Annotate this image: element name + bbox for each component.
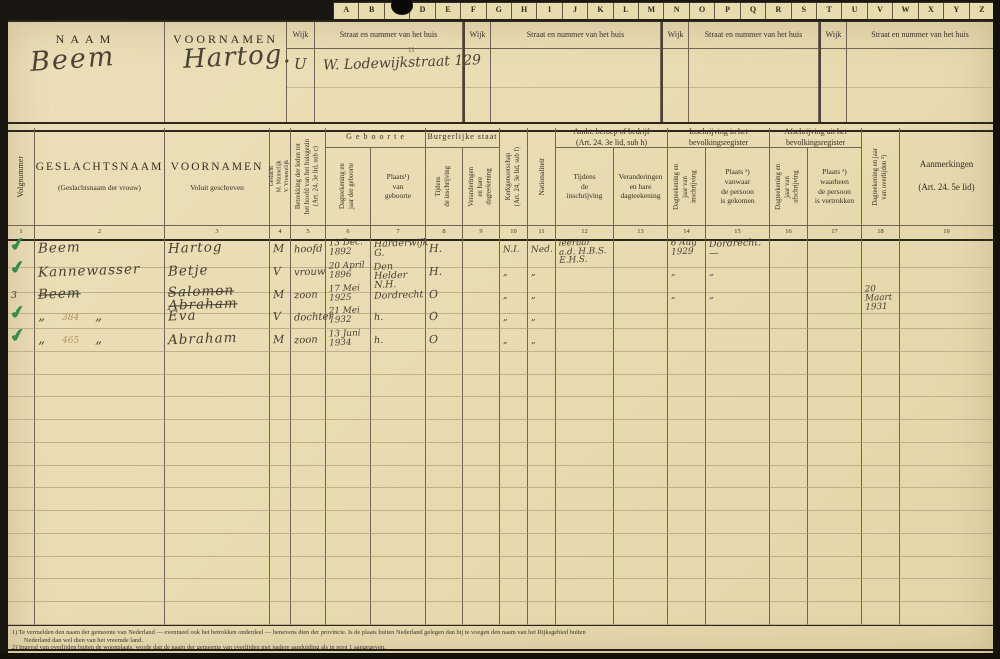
cell-col10: „ xyxy=(500,329,528,352)
cell-col14 xyxy=(668,488,706,511)
header-betrekking-label: Betrekking der leden tot het hoofd van h… xyxy=(295,139,321,214)
handwritten-entry: 13 Juni 1934 xyxy=(329,329,361,348)
cell-col12 xyxy=(556,534,614,557)
cell-col8 xyxy=(426,511,463,534)
alphabet-tab-S: S xyxy=(792,3,817,19)
cell-col6 xyxy=(326,579,371,602)
cell-col1 xyxy=(8,443,35,466)
group-inschrijving: Inschrijving in het bevolkingsregister xyxy=(668,128,770,148)
wijk-label: Wijk xyxy=(821,22,846,49)
ditto-mark: „ xyxy=(95,310,103,323)
cell-col19 xyxy=(900,420,993,443)
cell-col2 xyxy=(35,534,165,557)
cell-col17 xyxy=(808,375,862,398)
cell-col14 xyxy=(668,375,706,398)
cell-col10 xyxy=(500,511,528,534)
pencil-number: 384 xyxy=(62,313,79,323)
cell-col1: ✔ xyxy=(8,329,35,352)
footnote-1: 1) Te vermelden den naam der gemeente va… xyxy=(12,629,597,644)
cell-col1 xyxy=(8,511,35,534)
cell-col12 xyxy=(556,488,614,511)
cell-col19 xyxy=(900,511,993,534)
naam-column: NAAM Beem xyxy=(8,22,165,122)
cell-col4 xyxy=(270,420,291,443)
cell-col5 xyxy=(291,352,326,375)
cell-col12 xyxy=(556,443,614,466)
street-label: Straat en nummer van het huis xyxy=(315,22,462,49)
handwritten-entry: H. xyxy=(429,267,442,276)
ditto-mark: „ xyxy=(95,333,103,346)
register-rows: ✔BeemHartogMhoofd13 Dec. 1892Harderwijk … xyxy=(8,238,993,625)
handwritten-entry: O xyxy=(429,312,438,321)
header-geslachtsnaam: GESLACHTSNAAM (Geslachtsnaam der vrouw) xyxy=(35,128,165,225)
table-row xyxy=(8,443,993,466)
cell-col9 xyxy=(463,352,500,375)
cell-col11 xyxy=(528,352,556,375)
handwritten-entry: „ xyxy=(531,269,536,278)
alphabet-tab-X: X xyxy=(919,3,944,19)
handwritten-entry: Kannewasser xyxy=(38,263,141,280)
cell-col10 xyxy=(500,443,528,466)
street-handwritten: W. Lodewijkstraat 129 xyxy=(323,52,482,74)
handwritten-entry: 6 Aug 1929 xyxy=(671,239,698,257)
street-column-2: Straat en nummer van het huis xyxy=(491,22,661,122)
cell-col17 xyxy=(808,534,862,557)
cell-col17 xyxy=(808,329,862,352)
cell-col7 xyxy=(371,557,426,580)
cell-col3 xyxy=(165,375,270,398)
cell-col16 xyxy=(770,602,808,625)
cell-col12 xyxy=(556,375,614,398)
cell-col12 xyxy=(556,579,614,602)
cell-col18 xyxy=(862,352,900,375)
cell-col1 xyxy=(8,534,35,557)
cell-col5 xyxy=(291,420,326,443)
cell-col6 xyxy=(326,466,371,489)
cell-col6 xyxy=(326,375,371,398)
cell-col9 xyxy=(463,420,500,443)
cell-col7: h. xyxy=(371,306,426,329)
gezinskaart-scan: ABCDEFGHIJKLMNOPQRSTUVWXYZ NAAM Beem VOO… xyxy=(0,0,1000,659)
handwritten-entry: Betje xyxy=(168,264,209,278)
cell-col16 xyxy=(770,488,808,511)
cell-col18 xyxy=(862,397,900,420)
cell-col3 xyxy=(165,420,270,443)
cell-col4: M xyxy=(270,329,291,352)
handwritten-entry: V xyxy=(273,312,281,321)
header-veranderingen-bs: Veranderingen en hare dagteekening xyxy=(463,148,500,225)
header-dagteekening-afschrijving-label: Dagteekening en jaar van afschrijving xyxy=(775,164,801,210)
cell-col18 xyxy=(862,420,900,443)
cell-col7 xyxy=(371,511,426,534)
cell-col14 xyxy=(668,602,706,625)
handwritten-entry: 13 Dec. 1892 xyxy=(329,238,364,257)
street-label: Straat en nummer van het huis xyxy=(689,22,818,49)
cell-col7 xyxy=(371,488,426,511)
cell-col13 xyxy=(614,579,668,602)
cell-col16 xyxy=(770,511,808,534)
cell-col2 xyxy=(35,397,165,420)
cell-col5 xyxy=(291,557,326,580)
cell-col4 xyxy=(270,579,291,602)
cell-col14 xyxy=(668,329,706,352)
header-nationaliteit-label: Nationaliteit xyxy=(537,158,547,196)
handwritten-entry: 20 April 1896 xyxy=(329,261,365,280)
table-row: ✔„384„EvaVdochter21 Mei 1932h.O„„ xyxy=(8,306,993,329)
cell-col10 xyxy=(500,557,528,580)
cell-col11: „ xyxy=(528,306,556,329)
cell-col3 xyxy=(165,557,270,580)
cell-col5 xyxy=(291,397,326,420)
cell-col3 xyxy=(165,579,270,602)
table-row xyxy=(8,579,993,602)
cell-col3 xyxy=(165,466,270,489)
handwritten-entry: „ xyxy=(531,314,536,323)
cell-col2 xyxy=(35,466,165,489)
handwritten-entry: zoon xyxy=(294,336,318,346)
handwritten-entry: „ xyxy=(38,310,46,323)
header-dagteekening-geboorte-label: Dagteekening en jaar der geboorte xyxy=(339,163,357,209)
cell-col3 xyxy=(165,602,270,625)
cell-col17 xyxy=(808,602,862,625)
header-volgnummer: Volgnummer xyxy=(8,128,35,225)
wijk-handwritten: U xyxy=(294,55,307,73)
group-geboorte: G e b o o r t e xyxy=(326,128,426,148)
cell-col6 xyxy=(326,488,371,511)
cell-col5 xyxy=(291,602,326,625)
cell-col3 xyxy=(165,511,270,534)
alphabet-tab-N: N xyxy=(664,3,689,19)
cell-col6 xyxy=(326,602,371,625)
cell-col12 xyxy=(556,397,614,420)
cell-col11 xyxy=(528,443,556,466)
cell-col7 xyxy=(371,466,426,489)
cell-col5 xyxy=(291,488,326,511)
cell-col12 xyxy=(556,306,614,329)
handwritten-entry: 3 xyxy=(11,290,17,299)
alphabet-tab-E: E xyxy=(436,3,461,19)
cell-col9 xyxy=(463,443,500,466)
cell-col10: „ xyxy=(500,306,528,329)
wijk-column-1: Wijk U xyxy=(287,22,315,122)
cell-col15 xyxy=(706,534,770,557)
handwritten-entry: Beem xyxy=(38,241,81,255)
cell-col12 xyxy=(556,466,614,489)
cell-col8 xyxy=(426,579,463,602)
cell-col9 xyxy=(463,579,500,602)
alphabet-tab-P: P xyxy=(715,3,740,19)
handwritten-entry: h. xyxy=(374,313,383,322)
cell-col19 xyxy=(900,466,993,489)
cell-col11 xyxy=(528,420,556,443)
cell-col11 xyxy=(528,534,556,557)
cell-col11 xyxy=(528,397,556,420)
cell-col13 xyxy=(614,534,668,557)
street-column-4: Straat en nummer van het huis xyxy=(847,22,993,122)
cell-col6 xyxy=(326,443,371,466)
cell-col19 xyxy=(900,557,993,580)
cell-col16 xyxy=(770,466,808,489)
cell-col13 xyxy=(614,352,668,375)
handwritten-entry: Beem xyxy=(38,287,81,301)
header-geslachtsnaam-label: GESLACHTSNAAM xyxy=(36,160,164,175)
street-column-3: Straat en nummer van het huis xyxy=(689,22,819,122)
cell-col10 xyxy=(500,397,528,420)
cell-col18 xyxy=(862,329,900,352)
header-kerkgenootschap: Kerkgenootschap (Art. 24, 3e lid, sub f) xyxy=(500,128,528,225)
cell-col1 xyxy=(8,557,35,580)
cell-col18 xyxy=(862,443,900,466)
cell-col10 xyxy=(500,466,528,489)
cell-col13 xyxy=(614,488,668,511)
cell-col6 xyxy=(326,534,371,557)
cell-col11 xyxy=(528,557,556,580)
handwritten-entry: „ xyxy=(38,333,46,346)
cell-col8 xyxy=(426,375,463,398)
cell-col7 xyxy=(371,375,426,398)
cell-col2 xyxy=(35,375,165,398)
cell-col14 xyxy=(668,397,706,420)
header-tijdens-inschrijving-beroep: Tijdens de inschrijving xyxy=(556,148,614,225)
cell-col16 xyxy=(770,579,808,602)
cell-col6: 21 Mei 1932 xyxy=(326,306,371,329)
header-kerkgenootschap-label: Kerkgenootschap (Art. 24, 3e lid, sub f) xyxy=(505,147,523,206)
cell-col4 xyxy=(270,443,291,466)
cell-col13 xyxy=(614,443,668,466)
alphabet-tab-J: J xyxy=(563,3,588,19)
cell-col15 xyxy=(706,306,770,329)
handwritten-entry: „ xyxy=(709,290,714,299)
alphabet-tab-U: U xyxy=(842,3,867,19)
cell-col15 xyxy=(706,420,770,443)
table-row: ✔KannewasserBetjeVvrouw20 April 1896Den … xyxy=(8,261,993,284)
cell-col17 xyxy=(808,466,862,489)
cell-col19 xyxy=(900,579,993,602)
cell-col13 xyxy=(614,511,668,534)
header-overlijden-label: Dagteekening en jaar van overlijden ²) xyxy=(872,148,890,206)
handwritten-entry: M xyxy=(273,335,285,344)
cell-col13 xyxy=(614,466,668,489)
alphabet-tab-W: W xyxy=(893,3,918,19)
cell-col8 xyxy=(426,397,463,420)
cell-col4 xyxy=(270,534,291,557)
cell-col9 xyxy=(463,602,500,625)
cell-col2 xyxy=(35,511,165,534)
handwritten-entry: 21 Mei 1932 xyxy=(329,307,361,326)
cell-col16 xyxy=(770,443,808,466)
cell-col4 xyxy=(270,397,291,420)
alphabet-tab-Z: Z xyxy=(970,3,994,19)
cell-col12 xyxy=(556,420,614,443)
firstname-handwritten: Hartog. xyxy=(182,39,292,75)
cell-col2 xyxy=(35,352,165,375)
handwritten-entry: Dordrecht. — xyxy=(709,238,770,258)
cell-col14 xyxy=(668,420,706,443)
cell-col9 xyxy=(463,329,500,352)
cell-col5 xyxy=(291,443,326,466)
handwritten-entry: M xyxy=(273,244,285,253)
cell-col3: Eva xyxy=(165,306,270,329)
header-dagteekening-inschrijving: Dagteekening en jaar van inschrijving xyxy=(668,148,706,225)
cell-col8 xyxy=(426,557,463,580)
alphabet-tab-R: R xyxy=(766,3,791,19)
cell-col14 xyxy=(668,352,706,375)
voornamen-column: VOORNAMEN Hartog. xyxy=(165,22,287,122)
header-geslachtsnaam-sub: (Geslachtsnaam der vrouw) xyxy=(58,183,141,193)
cell-col4 xyxy=(270,375,291,398)
cell-col2 xyxy=(35,420,165,443)
cell-col19 xyxy=(900,375,993,398)
cell-col4 xyxy=(270,466,291,489)
table-row xyxy=(8,511,993,534)
cell-col5: dochter xyxy=(291,306,326,329)
cell-col5 xyxy=(291,466,326,489)
cell-col8 xyxy=(426,352,463,375)
handwritten-entry: „ xyxy=(671,291,676,300)
cell-col3 xyxy=(165,488,270,511)
cell-col5 xyxy=(291,579,326,602)
name-address-section: NAAM Beem VOORNAMEN Hartog. Wijk U Straa… xyxy=(8,22,993,124)
cell-col13 xyxy=(614,375,668,398)
cell-col9 xyxy=(463,466,500,489)
cell-col12 xyxy=(556,352,614,375)
cell-col11 xyxy=(528,602,556,625)
cell-col15 xyxy=(706,488,770,511)
cell-col10 xyxy=(500,375,528,398)
cell-col11: „ xyxy=(528,329,556,352)
handwritten-entry: 17 Mei 1925 xyxy=(329,284,361,303)
cell-col17 xyxy=(808,352,862,375)
handwritten-entry: „ xyxy=(531,337,536,346)
green-checkmark-icon: ✔ xyxy=(8,238,28,256)
handwritten-entry: Ned. xyxy=(531,246,553,256)
cell-col16 xyxy=(770,397,808,420)
alphabet-tab-O: O xyxy=(690,3,715,19)
alphabet-tab-I: I xyxy=(537,3,562,19)
cell-col1 xyxy=(8,352,35,375)
cell-col8 xyxy=(426,443,463,466)
group-beroep: Ambt. beroep of bedrijf (Art. 24. 3e lid… xyxy=(556,128,668,148)
cell-col7 xyxy=(371,579,426,602)
cell-col9 xyxy=(463,557,500,580)
cell-col3: Abraham xyxy=(165,329,270,352)
header-voornamen-label: VOORNAMEN xyxy=(171,160,264,175)
alphabet-tab-H: H xyxy=(512,3,537,19)
cell-col4 xyxy=(270,511,291,534)
cell-col12 xyxy=(556,329,614,352)
cell-col8: O xyxy=(426,329,463,352)
cell-col15 xyxy=(706,443,770,466)
cell-col2 xyxy=(35,579,165,602)
header-veranderingen-bs-label: Veranderingen en hare dagteekening xyxy=(468,167,494,207)
cell-col8 xyxy=(426,534,463,557)
cell-col15 xyxy=(706,466,770,489)
cell-col14 xyxy=(668,466,706,489)
cell-col19 xyxy=(900,397,993,420)
cell-col15 xyxy=(706,511,770,534)
alphabet-tab-G: G xyxy=(487,3,512,19)
cell-col2 xyxy=(35,557,165,580)
handwritten-entry: zoon xyxy=(294,290,318,300)
cell-col16 xyxy=(770,557,808,580)
cell-col17 xyxy=(808,557,862,580)
wijk-column-3: Wijk xyxy=(661,22,689,122)
cell-col1 xyxy=(8,397,35,420)
cell-col5 xyxy=(291,511,326,534)
cell-col10 xyxy=(500,579,528,602)
cell-col19 xyxy=(900,329,993,352)
cell-col6 xyxy=(326,557,371,580)
cell-col1 xyxy=(8,466,35,489)
cell-col3 xyxy=(165,534,270,557)
handwritten-entry: „ xyxy=(503,269,508,278)
cell-col15 xyxy=(706,579,770,602)
street-label: Straat en nummer van het huis xyxy=(847,22,993,49)
wijk-label: Wijk xyxy=(465,22,490,49)
pencil-note: 11 xyxy=(408,46,415,54)
header-tijdens-inschrijving-bs: Tijdens de inschrijving xyxy=(426,148,463,225)
group-afschrijving: Afschrijving uit het bevolkingsregister xyxy=(770,128,862,148)
cell-col10 xyxy=(500,488,528,511)
header-geslacht: Geslacht M. Mannelijk V. Vrouwelijk xyxy=(270,128,291,225)
handwritten-entry: vrouw xyxy=(294,267,326,277)
cell-col13 xyxy=(614,306,668,329)
cell-col14 xyxy=(668,557,706,580)
handwritten-entry: „ xyxy=(671,269,676,278)
cell-col16 xyxy=(770,375,808,398)
handwritten-entry: O xyxy=(429,335,438,344)
cell-col13 xyxy=(614,557,668,580)
cell-col18 xyxy=(862,534,900,557)
scan-edge xyxy=(993,0,1000,659)
cell-col1 xyxy=(8,375,35,398)
cell-col4 xyxy=(270,352,291,375)
table-row xyxy=(8,420,993,443)
cell-col11 xyxy=(528,488,556,511)
cell-col9 xyxy=(463,397,500,420)
handwritten-entry: hoofd xyxy=(294,245,323,255)
handwritten-entry: Eva xyxy=(168,310,197,324)
cell-col2 xyxy=(35,443,165,466)
cell-col7 xyxy=(371,352,426,375)
cell-col7: h. xyxy=(371,329,426,352)
table-row xyxy=(8,602,993,625)
alphabet-tab-K: K xyxy=(588,3,613,19)
table-row: 3BeemSalomon AbrahamMzoon17 Mei 1925Dord… xyxy=(8,284,993,307)
header-plaats-geboorte: Plaats¹) van geboorte xyxy=(371,148,426,225)
cell-col11 xyxy=(528,466,556,489)
cell-col4 xyxy=(270,557,291,580)
handwritten-entry: Hartog xyxy=(168,241,223,256)
cell-col18 xyxy=(862,602,900,625)
table-bottom-rule xyxy=(8,625,993,626)
wijk-column-4: Wijk xyxy=(819,22,847,122)
cell-col8 xyxy=(426,602,463,625)
cell-col6: 13 Juni 1934 xyxy=(326,329,371,352)
header-veranderingen-beroep: Veranderingen en hare dagteekening xyxy=(614,148,668,225)
cell-col17 xyxy=(808,579,862,602)
table-row xyxy=(8,488,993,511)
cell-col4 xyxy=(270,602,291,625)
cell-col7 xyxy=(371,602,426,625)
handwritten-entry: Abraham xyxy=(168,332,238,347)
cell-col19 xyxy=(900,602,993,625)
cell-col18 xyxy=(862,488,900,511)
register-table-header: Volgnummer GESLACHTSNAAM (Geslachtsnaam … xyxy=(8,128,993,225)
cell-col9 xyxy=(463,306,500,329)
cell-col15 xyxy=(706,352,770,375)
cell-col18 xyxy=(862,375,900,398)
